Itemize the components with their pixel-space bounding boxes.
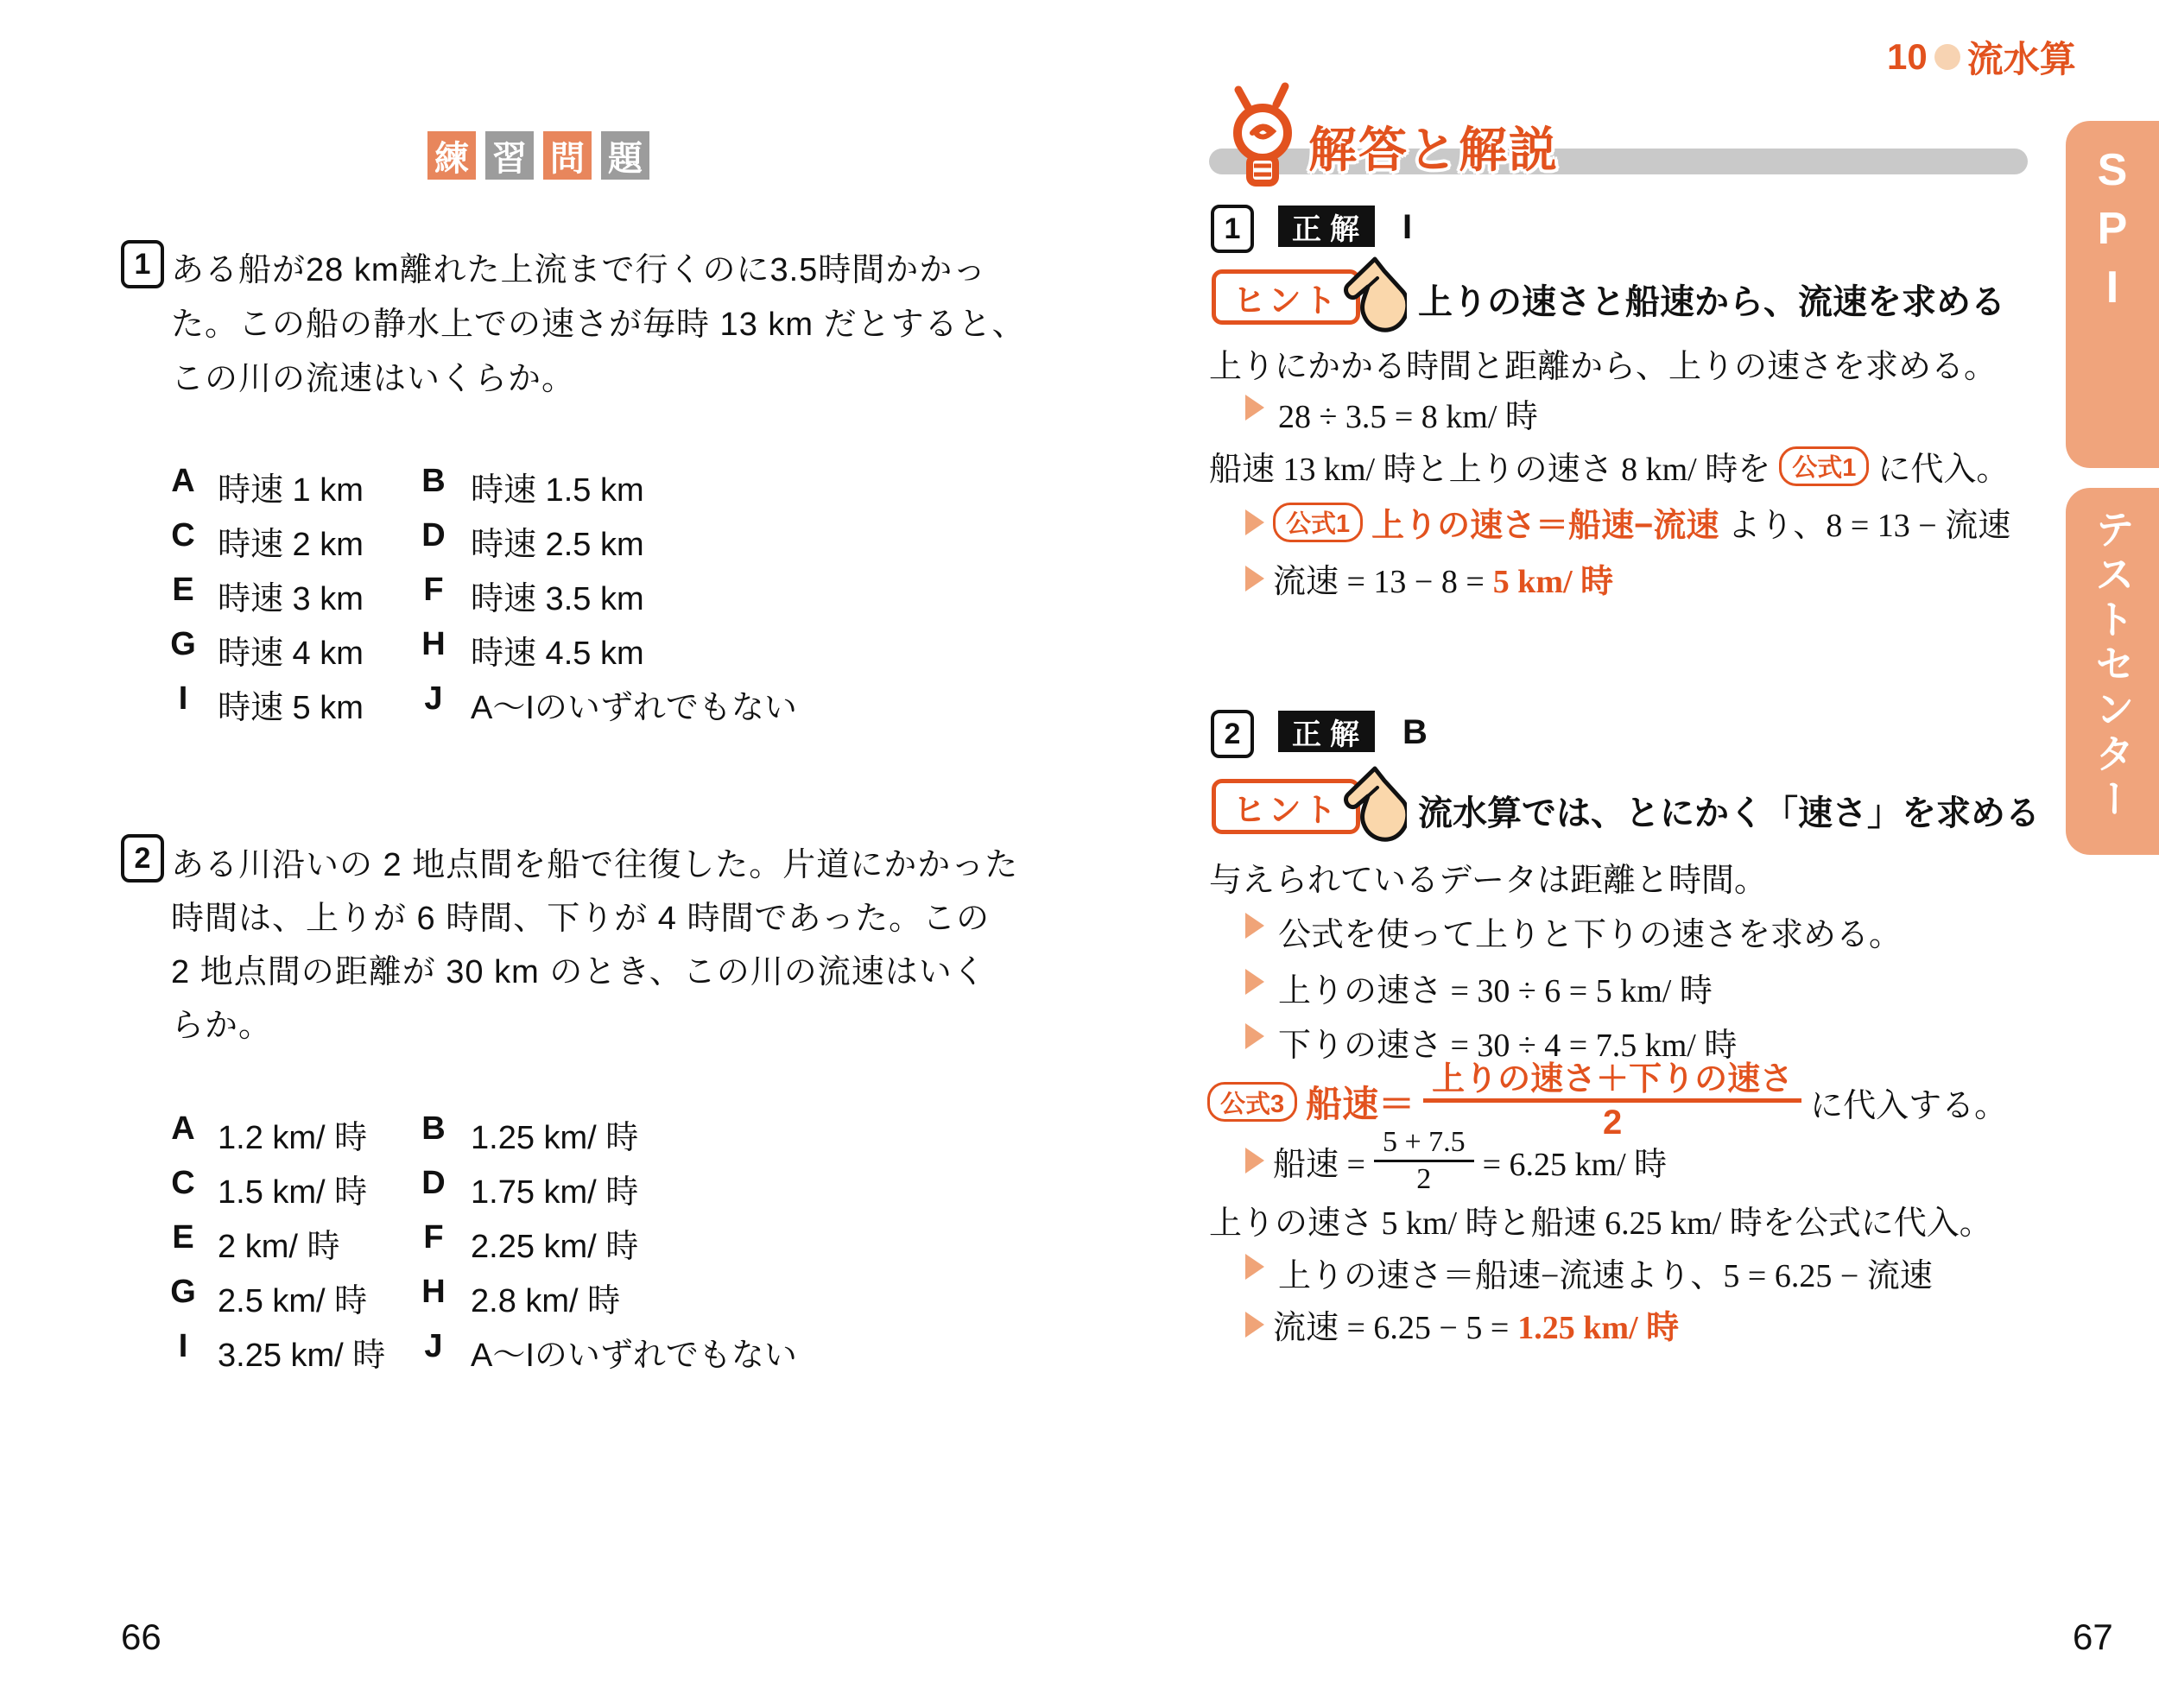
body-text: 流速 = 6.25 − 5 = <box>1273 1300 1509 1348</box>
choice-letter: E <box>162 1219 204 1256</box>
formula-text: 上りの速さ＝船速−流速 <box>1371 498 1719 546</box>
book-spread: 練 習 問 題 1 ある船が28 km離れた上流まで行くのに3.5時間かかっ た… <box>0 0 2159 1708</box>
title-char-box: 問 <box>543 131 592 180</box>
chapter-title: 流水算 <box>1967 31 2076 83</box>
choice-text: A～Iのいずれでもない <box>471 680 797 728</box>
problem1-line: た。この船の静水上での速さが毎時 13 km だとすると、 <box>171 297 1026 345</box>
problem1-line: ある船が28 km離れた上流まで行くのに3.5時間かかっ <box>171 243 986 290</box>
title-char-box: 練 <box>427 131 476 180</box>
right-page-number: 67 <box>2073 1616 2113 1658</box>
choice-letter: H <box>413 1274 454 1311</box>
arrow-icon <box>1245 566 1264 591</box>
body-text: に代入。 <box>1877 442 2009 490</box>
answer2-body-line: 与えられているデータは距離と時間。 <box>1209 853 1767 901</box>
choice-letter: C <box>162 517 204 554</box>
choice-letter: B <box>413 1110 454 1148</box>
problem2-line: 時間は、上りが 6 時間、下りが 4 時間であった。この <box>171 891 990 939</box>
problem2-line: ある川沿いの 2 地点間を船で往復した。片道にかかった <box>171 838 1018 885</box>
answer2-calc: 公式を使って上りと下りの速さを求める。 <box>1278 908 1902 955</box>
choice-text: 時速 4.5 km <box>471 626 644 674</box>
choice-text: 1.25 km/ 時 <box>471 1110 638 1158</box>
body-text: 船速 = <box>1273 1137 1365 1185</box>
choice-letter: C <box>162 1165 204 1202</box>
hint-label: ヒント <box>1232 783 1339 831</box>
body-text: より、8 = 13 − 流速 <box>1727 498 2010 546</box>
answer1-body-line: 船速 13 km/ 時と上りの速さ 8 km/ 時を 公式1 に代入。 <box>1209 442 2009 490</box>
problem2-line: らか。 <box>171 998 272 1046</box>
choice-letter: D <box>413 517 454 554</box>
lightbulb-icon <box>1219 78 1306 188</box>
sidebar-tab-testcenter: テストセンター <box>2066 488 2159 855</box>
choice-letter: A <box>162 1110 204 1148</box>
answer2-calc: 上りの速さ＝船速−流速より、5 = 6.25 − 流速 <box>1278 1249 1933 1296</box>
answer1-calc: 28 ÷ 3.5 = 8 km/ 時 <box>1278 389 1538 437</box>
choice-letter: G <box>162 626 204 663</box>
answer1-final-value: 5 km/ 時 <box>1493 554 1613 602</box>
choice-text: 時速 1 km <box>218 463 364 510</box>
pointing-hand-icon <box>1327 763 1407 851</box>
choice-text: 2.5 km/ 時 <box>218 1274 367 1321</box>
choice-letter: I <box>162 1328 204 1365</box>
fraction-denominator: 2 <box>1374 1160 1474 1196</box>
answer1-body-line: 上りにかかる時間と距離から、上りの速さを求める。 <box>1209 339 1997 387</box>
answer2-correct-letter: B <box>1402 713 1428 752</box>
body-text: 流速 = 13 − 8 = <box>1273 554 1485 602</box>
problem2-number: 2 <box>121 834 164 882</box>
left-page-number: 66 <box>121 1616 161 1658</box>
problem1-number: 1 <box>121 240 164 288</box>
chapter-header: 10 流水算 <box>1887 31 2076 83</box>
choice-text: 2.8 km/ 時 <box>471 1274 620 1321</box>
calc-fraction: 5 + 7.5 2 <box>1374 1125 1474 1195</box>
arrow-icon <box>1245 1254 1264 1280</box>
choice-text: 時速 1.5 km <box>471 463 644 510</box>
chapter-number: 10 <box>1887 36 1928 78</box>
answer1-correct-letter: I <box>1402 208 1412 247</box>
answer2-result: 流速 = 6.25 − 5 = 1.25 km/ 時 <box>1245 1300 1679 1348</box>
fraction-numerator: 5 + 7.5 <box>1374 1125 1474 1159</box>
arrow-icon <box>1245 395 1264 421</box>
arrow-icon <box>1245 1148 1264 1173</box>
answer1-hint-text: 上りの速さと船速から、流速を求める <box>1418 275 2005 324</box>
choice-letter: H <box>413 626 454 663</box>
title-char-box: 題 <box>601 131 649 180</box>
answer2-final-value: 1.25 km/ 時 <box>1517 1300 1679 1348</box>
arrow-icon <box>1245 1312 1264 1338</box>
choice-letter: A <box>162 463 204 500</box>
formula1-badge: 公式1 <box>1779 446 1869 486</box>
choice-text: 2 km/ 時 <box>218 1219 339 1267</box>
choice-text: 時速 3 km <box>218 572 364 619</box>
body-text: = 6.25 km/ 時 <box>1483 1137 1668 1185</box>
problem1-line: この川の流速はいくらか。 <box>171 351 575 399</box>
fraction-numerator: 上りの速さ＋下りの速さ <box>1423 1061 1801 1099</box>
choice-letter: D <box>413 1165 454 1202</box>
choice-letter: I <box>162 680 204 718</box>
answer2-body-line: 上りの速さ 5 km/ 時と船速 6.25 km/ 時を公式に代入。 <box>1209 1196 1992 1243</box>
answer1-calc: 公式1 上りの速さ＝船速−流速 より、8 = 13 − 流速 <box>1245 498 2010 546</box>
body-text: 船速 13 km/ 時と上りの速さ 8 km/ 時を <box>1209 442 1770 490</box>
answer2-calc: 下りの速さ = 30 ÷ 4 = 7.5 km/ 時 <box>1278 1018 1737 1066</box>
hint-label: ヒント <box>1232 274 1339 321</box>
tab-label: テストセンター <box>2084 509 2141 855</box>
choice-text: 2.25 km/ 時 <box>471 1219 638 1267</box>
answer2-hint-text: 流水算では、とにかく「速さ」を求める <box>1418 786 2040 835</box>
pointing-hand-icon <box>1327 254 1407 342</box>
arrow-icon <box>1245 1023 1264 1049</box>
practice-problems-title: 練 習 問 題 <box>427 131 649 180</box>
title-char-box: 習 <box>485 131 534 180</box>
choice-text: 1.2 km/ 時 <box>218 1110 367 1158</box>
choice-text: 時速 4 km <box>218 626 364 674</box>
sidebar-tab-spi: SPI <box>2066 121 2159 468</box>
arrow-icon <box>1245 969 1264 995</box>
arrow-icon <box>1245 509 1264 535</box>
answer1-result: 流速 = 13 − 8 = 5 km/ 時 <box>1245 554 1613 602</box>
choice-text: 時速 3.5 km <box>471 572 644 619</box>
answer2-calc: 上りの速さ = 30 ÷ 6 = 5 km/ 時 <box>1278 964 1713 1011</box>
choice-letter: G <box>162 1274 204 1311</box>
arrow-icon <box>1245 913 1264 939</box>
choice-letter: J <box>413 680 454 718</box>
answer2-correct-badge: 正解 <box>1278 711 1375 752</box>
choice-letter: B <box>413 463 454 500</box>
choice-text: 時速 2 km <box>218 517 364 565</box>
choice-text: A～Iのいずれでもない <box>471 1328 797 1376</box>
choice-letter: E <box>162 572 204 609</box>
body-text: に代入する。 <box>1810 1079 2007 1126</box>
choice-letter: J <box>413 1328 454 1365</box>
choice-text: 時速 2.5 km <box>471 517 644 565</box>
answer1-correct-badge: 正解 <box>1278 206 1375 247</box>
choice-letter: F <box>413 572 454 609</box>
formula-lhs: 船速＝ <box>1306 1076 1415 1128</box>
choice-text: 時速 5 km <box>218 680 364 728</box>
choice-text: 1.75 km/ 時 <box>471 1165 638 1212</box>
answer1-number: 1 <box>1211 205 1254 253</box>
formula3-badge: 公式3 <box>1207 1082 1297 1122</box>
problem2-line: 2 地点間の距離が 30 km のとき、この川の流速はいく <box>171 945 986 992</box>
answer2-calc: 船速 = 5 + 7.5 2 = 6.25 km/ 時 <box>1245 1124 1667 1197</box>
answer2-number: 2 <box>1211 710 1254 758</box>
choice-text: 3.25 km/ 時 <box>218 1328 385 1376</box>
chapter-dot-icon <box>1934 44 1960 70</box>
choice-letter: F <box>413 1219 454 1256</box>
tab-label: SPI <box>2086 145 2138 468</box>
choice-text: 1.5 km/ 時 <box>218 1165 367 1212</box>
formula1-badge: 公式1 <box>1273 503 1363 542</box>
section-title: 解答と解説 <box>1308 112 1559 181</box>
